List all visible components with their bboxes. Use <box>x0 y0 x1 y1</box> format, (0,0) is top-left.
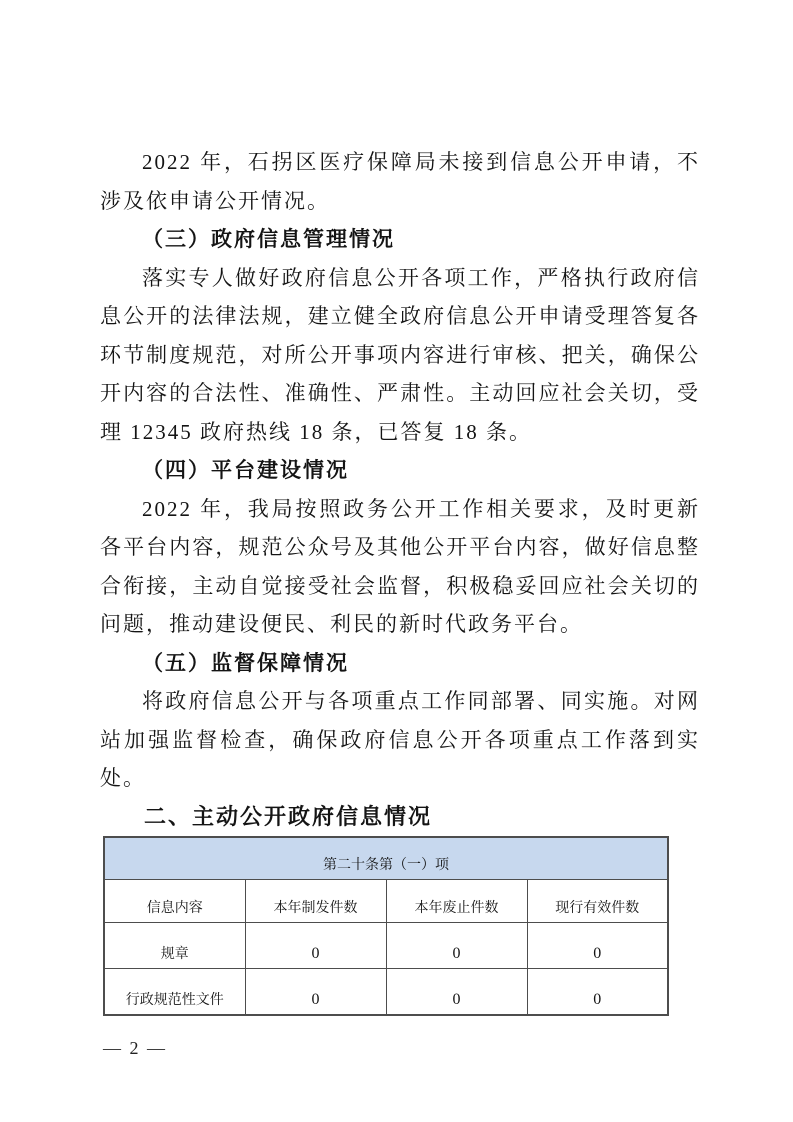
column-header-issued-this-year: 本年制发件数 <box>245 880 386 923</box>
subheading-supervision-guarantee: （五）监督保障情况 <box>100 644 700 683</box>
table-title: 第二十条第（一）项 <box>104 837 668 880</box>
cell-regulations-abolished: 0 <box>386 923 527 969</box>
page-number: — 2 — <box>103 1038 167 1059</box>
paragraph-info-management: 落实专人做好政府信息公开各项工作，严格执行政府信息公开的法律法规，建立健全政府信… <box>100 259 700 452</box>
paragraph-platform-construction: 2022 年，我局按照政务公开工作相关要求，及时更新各平台内容，规范公众号及其他… <box>100 490 700 644</box>
cell-regulations-valid: 0 <box>527 923 668 969</box>
row-label-regulations: 规章 <box>104 923 245 969</box>
column-header-currently-valid: 现行有效件数 <box>527 880 668 923</box>
cell-normative-issued: 0 <box>245 969 386 1016</box>
column-header-info-content: 信息内容 <box>104 880 245 923</box>
column-header-abolished-this-year: 本年废止件数 <box>386 880 527 923</box>
document-body: 2022 年，石拐区医疗保障局未接到信息公开申请，不涉及依申请公开情况。 （三）… <box>100 143 700 1016</box>
cell-regulations-issued: 0 <box>245 923 386 969</box>
cell-normative-valid: 0 <box>527 969 668 1016</box>
row-label-normative-documents: 行政规范性文件 <box>104 969 245 1016</box>
subheading-platform-construction: （四）平台建设情况 <box>100 451 700 490</box>
subheading-info-management: （三）政府信息管理情况 <box>100 220 700 259</box>
document-page: 2022 年，石拐区医疗保障局未接到信息公开申请，不涉及依申请公开情况。 （三）… <box>0 0 793 1122</box>
section-heading-proactive-disclosure: 二、主动公开政府信息情况 <box>100 798 700 837</box>
cell-normative-abolished: 0 <box>386 969 527 1016</box>
table-row-regulations: 规章 0 0 0 <box>104 923 668 969</box>
disclosure-statistics-table: 第二十条第（一）项 信息内容 本年制发件数 本年废止件数 现行有效件数 规章 0… <box>103 836 669 1016</box>
table-row-normative-documents: 行政规范性文件 0 0 0 <box>104 969 668 1016</box>
table-title-row: 第二十条第（一）项 <box>104 837 668 880</box>
paragraph-supervision-guarantee: 将政府信息公开与各项重点工作同部署、同实施。对网站加强监督检查，确保政府信息公开… <box>100 682 700 798</box>
paragraph-no-request: 2022 年，石拐区医疗保障局未接到信息公开申请，不涉及依申请公开情况。 <box>100 143 700 220</box>
table-header-row: 信息内容 本年制发件数 本年废止件数 现行有效件数 <box>104 880 668 923</box>
